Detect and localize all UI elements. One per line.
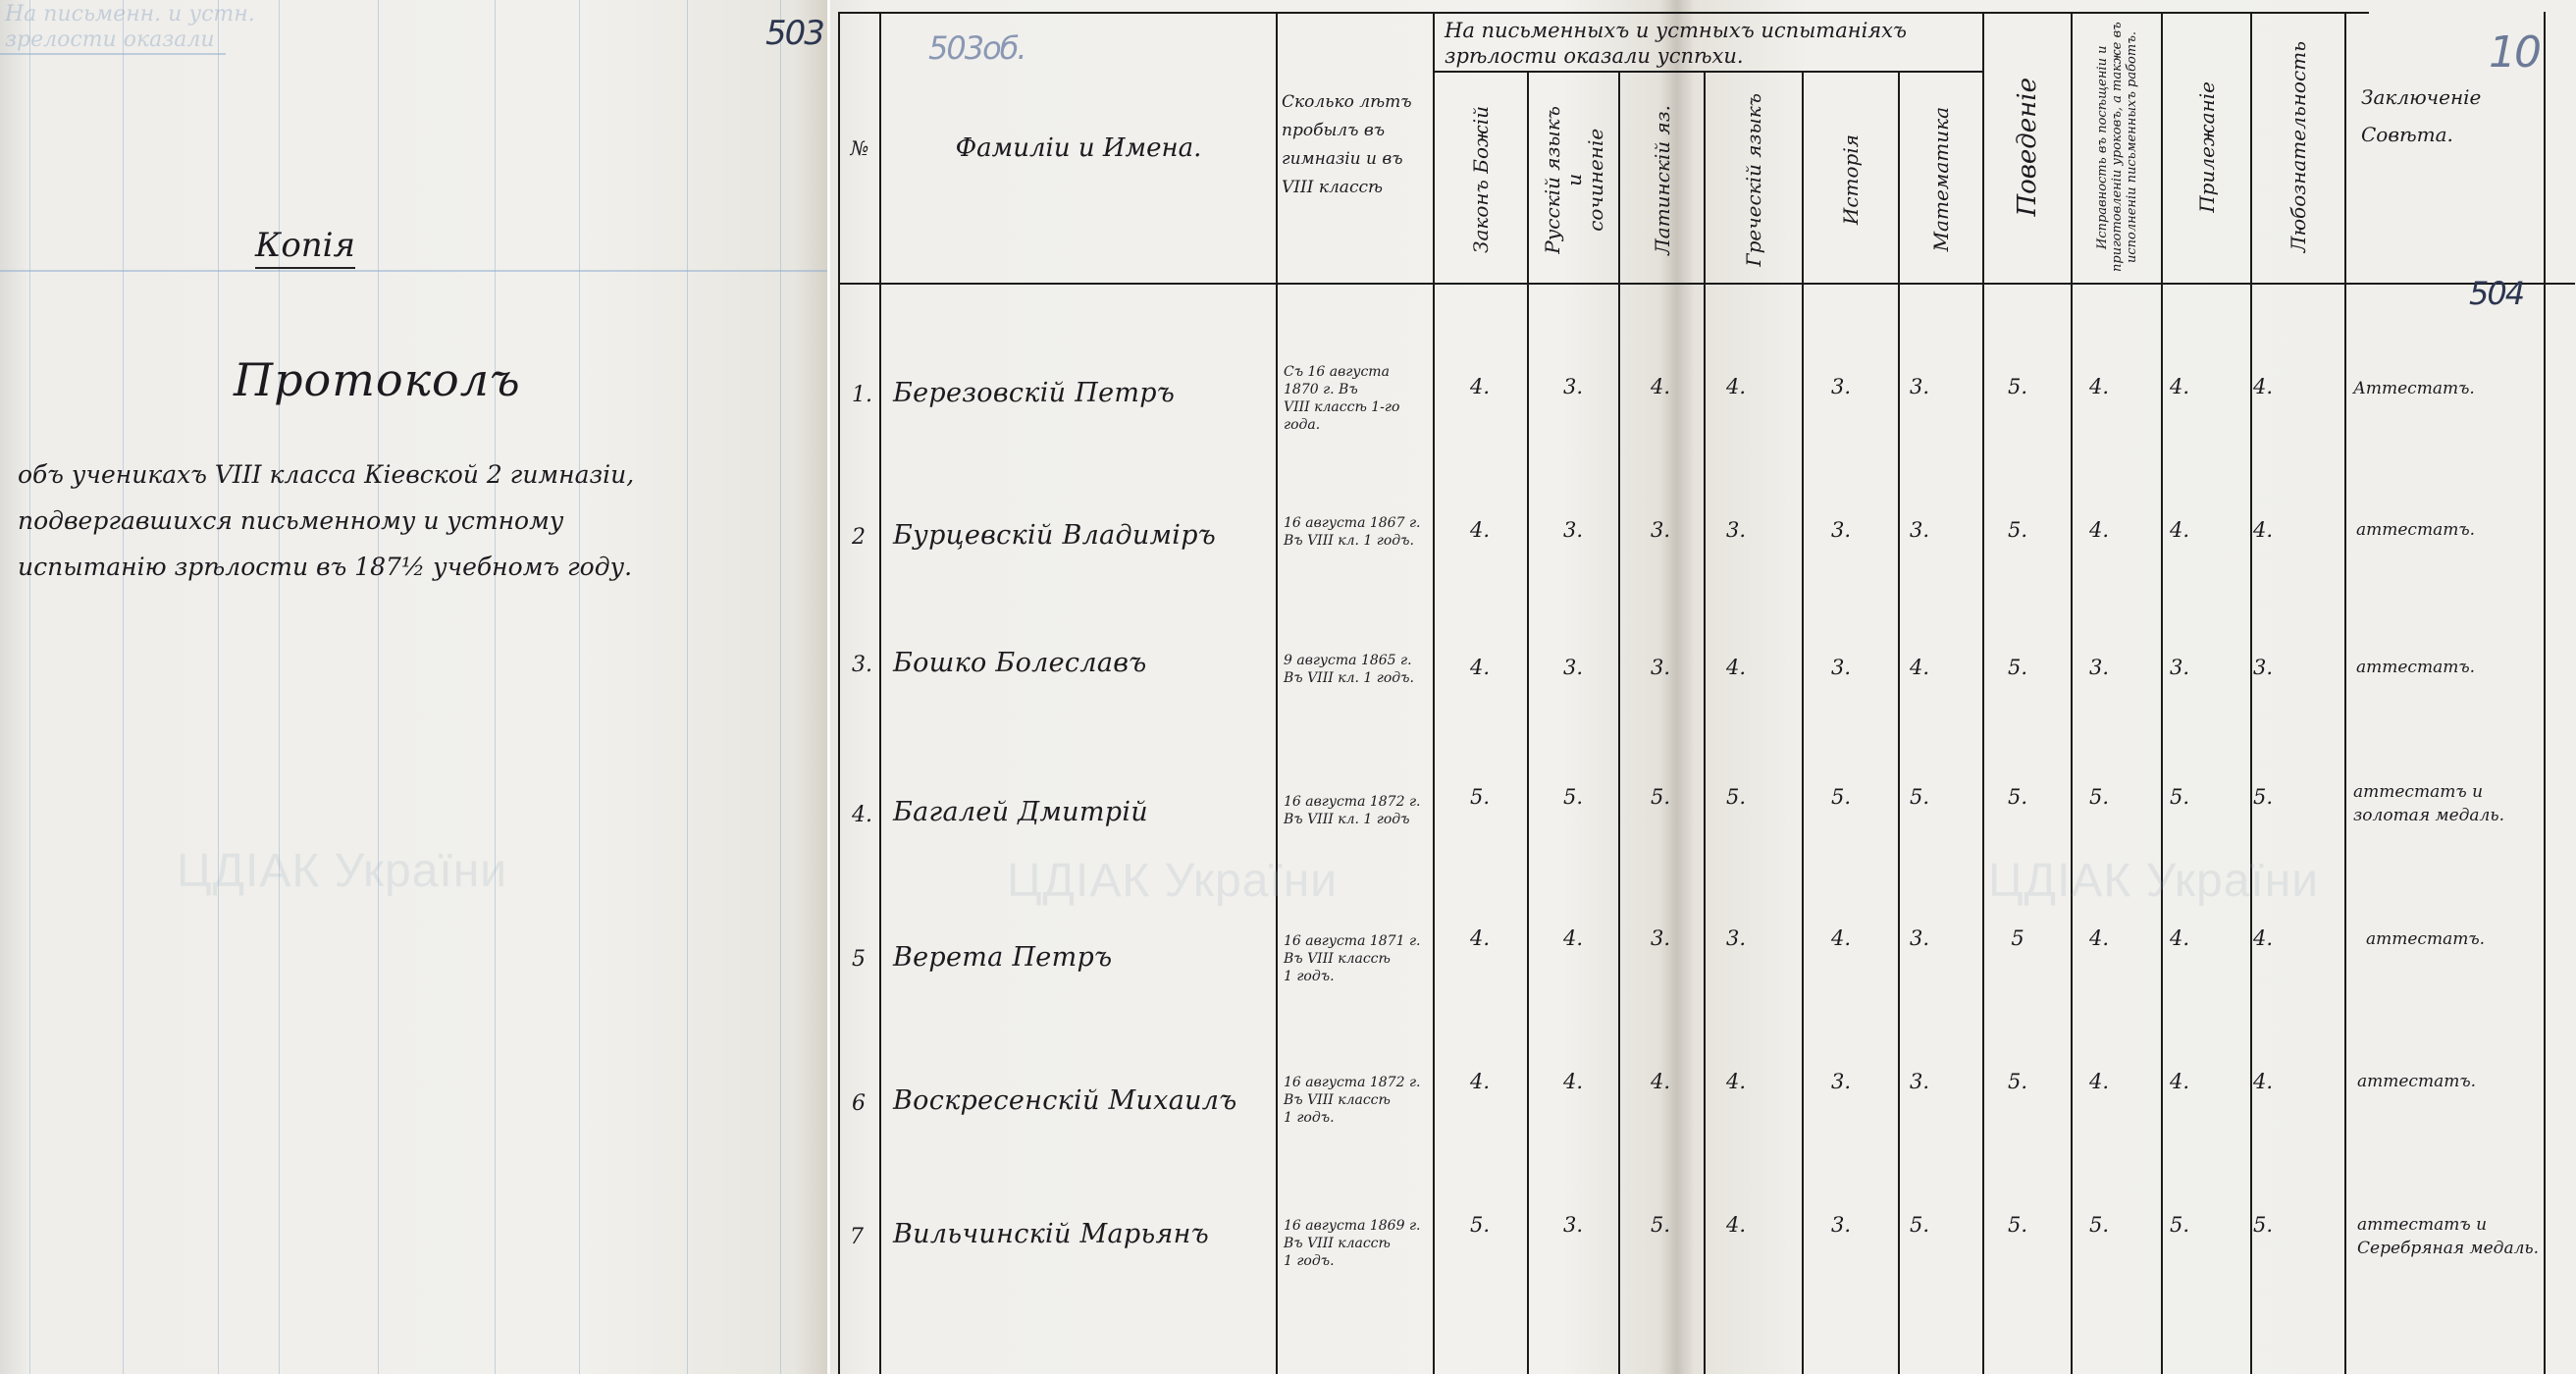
years-in-school: 16 августа 1869 г. Въ VIII классѣ 1 годъ… bbox=[1284, 1217, 1420, 1270]
grade-attention: 4. bbox=[2150, 375, 2209, 398]
grade-latin: 5. bbox=[1631, 1213, 1690, 1237]
bleed-header-line2: зрелости оказали bbox=[5, 27, 215, 52]
grade-diligence: 4. bbox=[2070, 375, 2129, 398]
grade-history: 5. bbox=[1812, 785, 1870, 809]
grade-law: 5. bbox=[1450, 785, 1509, 809]
archive-watermark: ЦДІАК України bbox=[1988, 854, 2319, 908]
header-subject-math: Математика bbox=[1900, 79, 1982, 281]
years-in-school: 16 августа 1872 г. Въ VIII кл. 1 годъ bbox=[1284, 793, 1420, 828]
student-name: Бошко Болеславъ bbox=[893, 648, 1147, 678]
header-attention-label: Прилежаніе bbox=[2196, 81, 2218, 213]
header-subject-law: Законъ Божій bbox=[1435, 79, 1527, 281]
grade-attention: 4. bbox=[2150, 926, 2209, 950]
grade-greek: 3. bbox=[1707, 926, 1765, 950]
grade-diligence: 4. bbox=[2070, 1070, 2129, 1093]
bleed-header-line1: На письменн. и устн. bbox=[5, 2, 255, 26]
student-name: Березовскій Петръ bbox=[893, 378, 1175, 408]
ruling-line bbox=[780, 0, 781, 1374]
row-number: 5 bbox=[852, 947, 866, 972]
document-title: Протоколъ bbox=[234, 353, 521, 406]
ruling-line bbox=[0, 270, 827, 272]
grade-conduct: 5. bbox=[1988, 785, 2047, 809]
grade-math: 3. bbox=[1890, 1070, 1949, 1093]
council-conclusion: аттестатъ. bbox=[2356, 656, 2475, 679]
header-names: Фамиліи и Имена. bbox=[881, 14, 1276, 283]
header-subject-russian: Русскій языкъ и сочиненіе bbox=[1529, 79, 1618, 281]
grade-history: 3. bbox=[1812, 1213, 1870, 1237]
grade-greek: 3. bbox=[1707, 518, 1765, 542]
student-name: Вильчинскій Марьянъ bbox=[893, 1219, 1209, 1249]
ruling-line bbox=[279, 0, 280, 1374]
grade-conduct: 5. bbox=[1988, 656, 2047, 679]
header-curiosity: Любознательность bbox=[2252, 14, 2344, 281]
grade-history: 3. bbox=[1812, 1070, 1870, 1093]
grade-latin: 3. bbox=[1631, 518, 1690, 542]
archive-watermark: ЦДІАК України bbox=[1007, 854, 1338, 908]
grade-curiosity: 4. bbox=[2234, 375, 2292, 398]
header-subject-latin-label: Латинскій яз. bbox=[1652, 105, 1673, 255]
years-in-school: 9 августа 1865 г. Въ VIII кл. 1 годъ. bbox=[1284, 652, 1414, 687]
row-number: 6 bbox=[852, 1091, 866, 1116]
years-in-school: 16 августа 1871 г. Въ VIII классѣ 1 годъ… bbox=[1284, 932, 1420, 985]
subtitle-line: объ ученикахъ VIII класса Кіевской 2 гим… bbox=[18, 451, 813, 498]
grade-math: 4. bbox=[1890, 656, 1949, 679]
grade-history: 3. bbox=[1812, 656, 1870, 679]
grade-conduct: 5. bbox=[1988, 1213, 2047, 1237]
header-subject-greek: Греческій языкъ bbox=[1706, 79, 1802, 281]
grade-latin: 4. bbox=[1631, 375, 1690, 398]
student-name: Воскресенскій Михаилъ bbox=[893, 1085, 1237, 1116]
grade-math: 3. bbox=[1890, 518, 1949, 542]
copy-label: Копія bbox=[255, 226, 355, 269]
grade-history: 3. bbox=[1812, 375, 1870, 398]
grade-latin: 3. bbox=[1631, 656, 1690, 679]
header-bottom-border bbox=[838, 283, 2575, 285]
grade-diligence: 5. bbox=[2070, 785, 2129, 809]
grade-conduct: 5. bbox=[1988, 375, 2047, 398]
grade-russian: 3. bbox=[1544, 375, 1603, 398]
grade-latin: 5. bbox=[1631, 785, 1690, 809]
row-number: 7 bbox=[850, 1225, 864, 1249]
folio-next: 504 bbox=[2469, 275, 2523, 312]
years-in-school: 16 августа 1867 г. Въ VIII кл. 1 годъ. bbox=[1284, 514, 1420, 550]
ruling-line bbox=[29, 0, 30, 1374]
grade-history: 3. bbox=[1812, 518, 1870, 542]
col-divider bbox=[2344, 12, 2346, 1374]
group-header-border bbox=[1433, 71, 1982, 73]
grade-conduct: 5 bbox=[1988, 926, 2047, 950]
grade-curiosity: 5. bbox=[2234, 1213, 2292, 1237]
grade-diligence: 5. bbox=[2070, 1213, 2129, 1237]
grade-conduct: 5. bbox=[1988, 518, 2047, 542]
header-number: № bbox=[840, 14, 879, 283]
grade-greek: 5. bbox=[1707, 785, 1765, 809]
grade-law: 4. bbox=[1450, 656, 1509, 679]
years-in-school: 16 августа 1872 г. Въ VIII классѣ 1 годъ… bbox=[1284, 1074, 1420, 1127]
grade-latin: 3. bbox=[1631, 926, 1690, 950]
grade-curiosity: 3. bbox=[2234, 656, 2292, 679]
header-curiosity-label: Любознательность bbox=[2287, 41, 2309, 252]
header-conduct: Поведеніе bbox=[1984, 14, 2071, 281]
grade-curiosity: 4. bbox=[2234, 1070, 2292, 1093]
student-name: Багалей Дмитрій bbox=[893, 797, 1148, 827]
row-number: 3. bbox=[852, 653, 872, 677]
subtitle-line: подвергавшихся письменному и устному bbox=[18, 498, 813, 544]
grade-russian: 4. bbox=[1544, 926, 1603, 950]
header-attention: Прилежаніе bbox=[2163, 14, 2250, 281]
grade-attention: 5. bbox=[2150, 1213, 2209, 1237]
grade-curiosity: 4. bbox=[2234, 926, 2292, 950]
council-conclusion: аттестатъ и золотая медаль. bbox=[2353, 780, 2504, 827]
header-conduct-label: Поведеніе bbox=[2017, 78, 2038, 217]
ruling-line bbox=[378, 0, 379, 1374]
header-subject-math-label: Математика bbox=[1930, 107, 1952, 251]
grade-math: 5. bbox=[1890, 1213, 1949, 1237]
ruling-line bbox=[218, 0, 219, 1374]
header-subject-russian-label: Русскій языкъ и сочиненіе bbox=[1542, 106, 1606, 254]
student-name: Верета Петръ bbox=[893, 942, 1112, 973]
council-conclusion: аттестатъ. bbox=[2357, 1070, 2476, 1093]
grade-attention: 3. bbox=[2150, 656, 2209, 679]
council-conclusion: аттестатъ. bbox=[2366, 927, 2485, 951]
grade-conduct: 5. bbox=[1988, 1070, 2047, 1093]
left-page: На письменн. и устн. зрелости оказали 50… bbox=[0, 0, 827, 1374]
header-subject-greek-label: Греческій языкъ bbox=[1743, 93, 1764, 267]
ruling-line bbox=[0, 53, 226, 55]
ruling-line bbox=[495, 0, 496, 1374]
grade-attention: 4. bbox=[2150, 518, 2209, 542]
ruling-line bbox=[123, 0, 124, 1374]
grade-law: 4. bbox=[1450, 1070, 1509, 1093]
subtitle-line: испытанію зрѣлости въ 187½ учебномъ году… bbox=[18, 544, 813, 590]
years-in-school: Съ 16 августа 1870 г. Въ VIII классѣ 1-г… bbox=[1284, 363, 1399, 434]
header-exam-group: На письменныхъ и устныхъ испытаніяхъ зрѣ… bbox=[1435, 14, 1984, 69]
grade-law: 4. bbox=[1450, 518, 1509, 542]
header-conclusion: Заключеніе Совѣта. bbox=[2361, 79, 2528, 177]
header-subject-law-label: Законъ Божій bbox=[1470, 106, 1492, 253]
grade-russian: 3. bbox=[1544, 518, 1603, 542]
council-conclusion: Аттестатъ. bbox=[2353, 377, 2475, 400]
grade-greek: 4. bbox=[1707, 1070, 1765, 1093]
grade-math: 3. bbox=[1890, 926, 1949, 950]
grade-greek: 4. bbox=[1707, 375, 1765, 398]
grade-latin: 4. bbox=[1631, 1070, 1690, 1093]
right-page: 503об. 10 504 № Фамиліи и Имена. Сколько… bbox=[830, 0, 2576, 1374]
ruling-line bbox=[687, 0, 688, 1374]
grade-greek: 4. bbox=[1707, 656, 1765, 679]
grade-diligence: 4. bbox=[2070, 926, 2129, 950]
grade-attention: 4. bbox=[2150, 1070, 2209, 1093]
grade-russian: 4. bbox=[1544, 1070, 1603, 1093]
folio-corner: 10 bbox=[2489, 27, 2540, 78]
grade-curiosity: 5. bbox=[2234, 785, 2292, 809]
header-subject-latin: Латинскій яз. bbox=[1620, 79, 1704, 281]
ruling-line bbox=[579, 0, 580, 1374]
header-diligence-label: Исправность въ посѣщеніи и приготовленіи… bbox=[2095, 20, 2139, 275]
col-divider bbox=[1276, 12, 1278, 1374]
grade-attention: 5. bbox=[2150, 785, 2209, 809]
grade-diligence: 4. bbox=[2070, 518, 2129, 542]
folio-number: 503 bbox=[765, 14, 823, 53]
grade-history: 4. bbox=[1812, 926, 1870, 950]
grade-law: 5. bbox=[1450, 1213, 1509, 1237]
grade-law: 4. bbox=[1450, 926, 1509, 950]
grade-law: 4. bbox=[1450, 375, 1509, 398]
grade-diligence: 3. bbox=[2070, 656, 2129, 679]
header-years-text: Сколько лѣтъ пробылъ въ гимназіи и въ VI… bbox=[1282, 88, 1429, 202]
table-right-border bbox=[2544, 12, 2546, 1374]
grade-russian: 3. bbox=[1544, 1213, 1603, 1237]
row-number: 1. bbox=[852, 383, 872, 407]
grade-greek: 4. bbox=[1707, 1213, 1765, 1237]
document-subtitle: объ ученикахъ VIII класса Кіевской 2 гим… bbox=[18, 451, 813, 590]
grade-math: 5. bbox=[1890, 785, 1949, 809]
grade-curiosity: 4. bbox=[2234, 518, 2292, 542]
council-conclusion: аттестатъ и Серебряная медаль. bbox=[2357, 1213, 2539, 1260]
grade-russian: 5. bbox=[1544, 785, 1603, 809]
row-number: 2 bbox=[852, 525, 866, 550]
council-conclusion: аттестатъ. bbox=[2356, 518, 2475, 542]
grade-math: 3. bbox=[1890, 375, 1949, 398]
student-name: Бурцевскій Владиміръ bbox=[893, 520, 1216, 551]
header-subject-history-label: Исторія bbox=[1840, 134, 1862, 225]
row-number: 4. bbox=[852, 803, 872, 827]
archive-watermark: ЦДІАК України bbox=[177, 844, 507, 898]
grade-russian: 3. bbox=[1544, 656, 1603, 679]
header-subject-history: Исторія bbox=[1804, 79, 1898, 281]
header-diligence: Исправность въ посѣщеніи и приготовленіи… bbox=[2073, 14, 2161, 281]
